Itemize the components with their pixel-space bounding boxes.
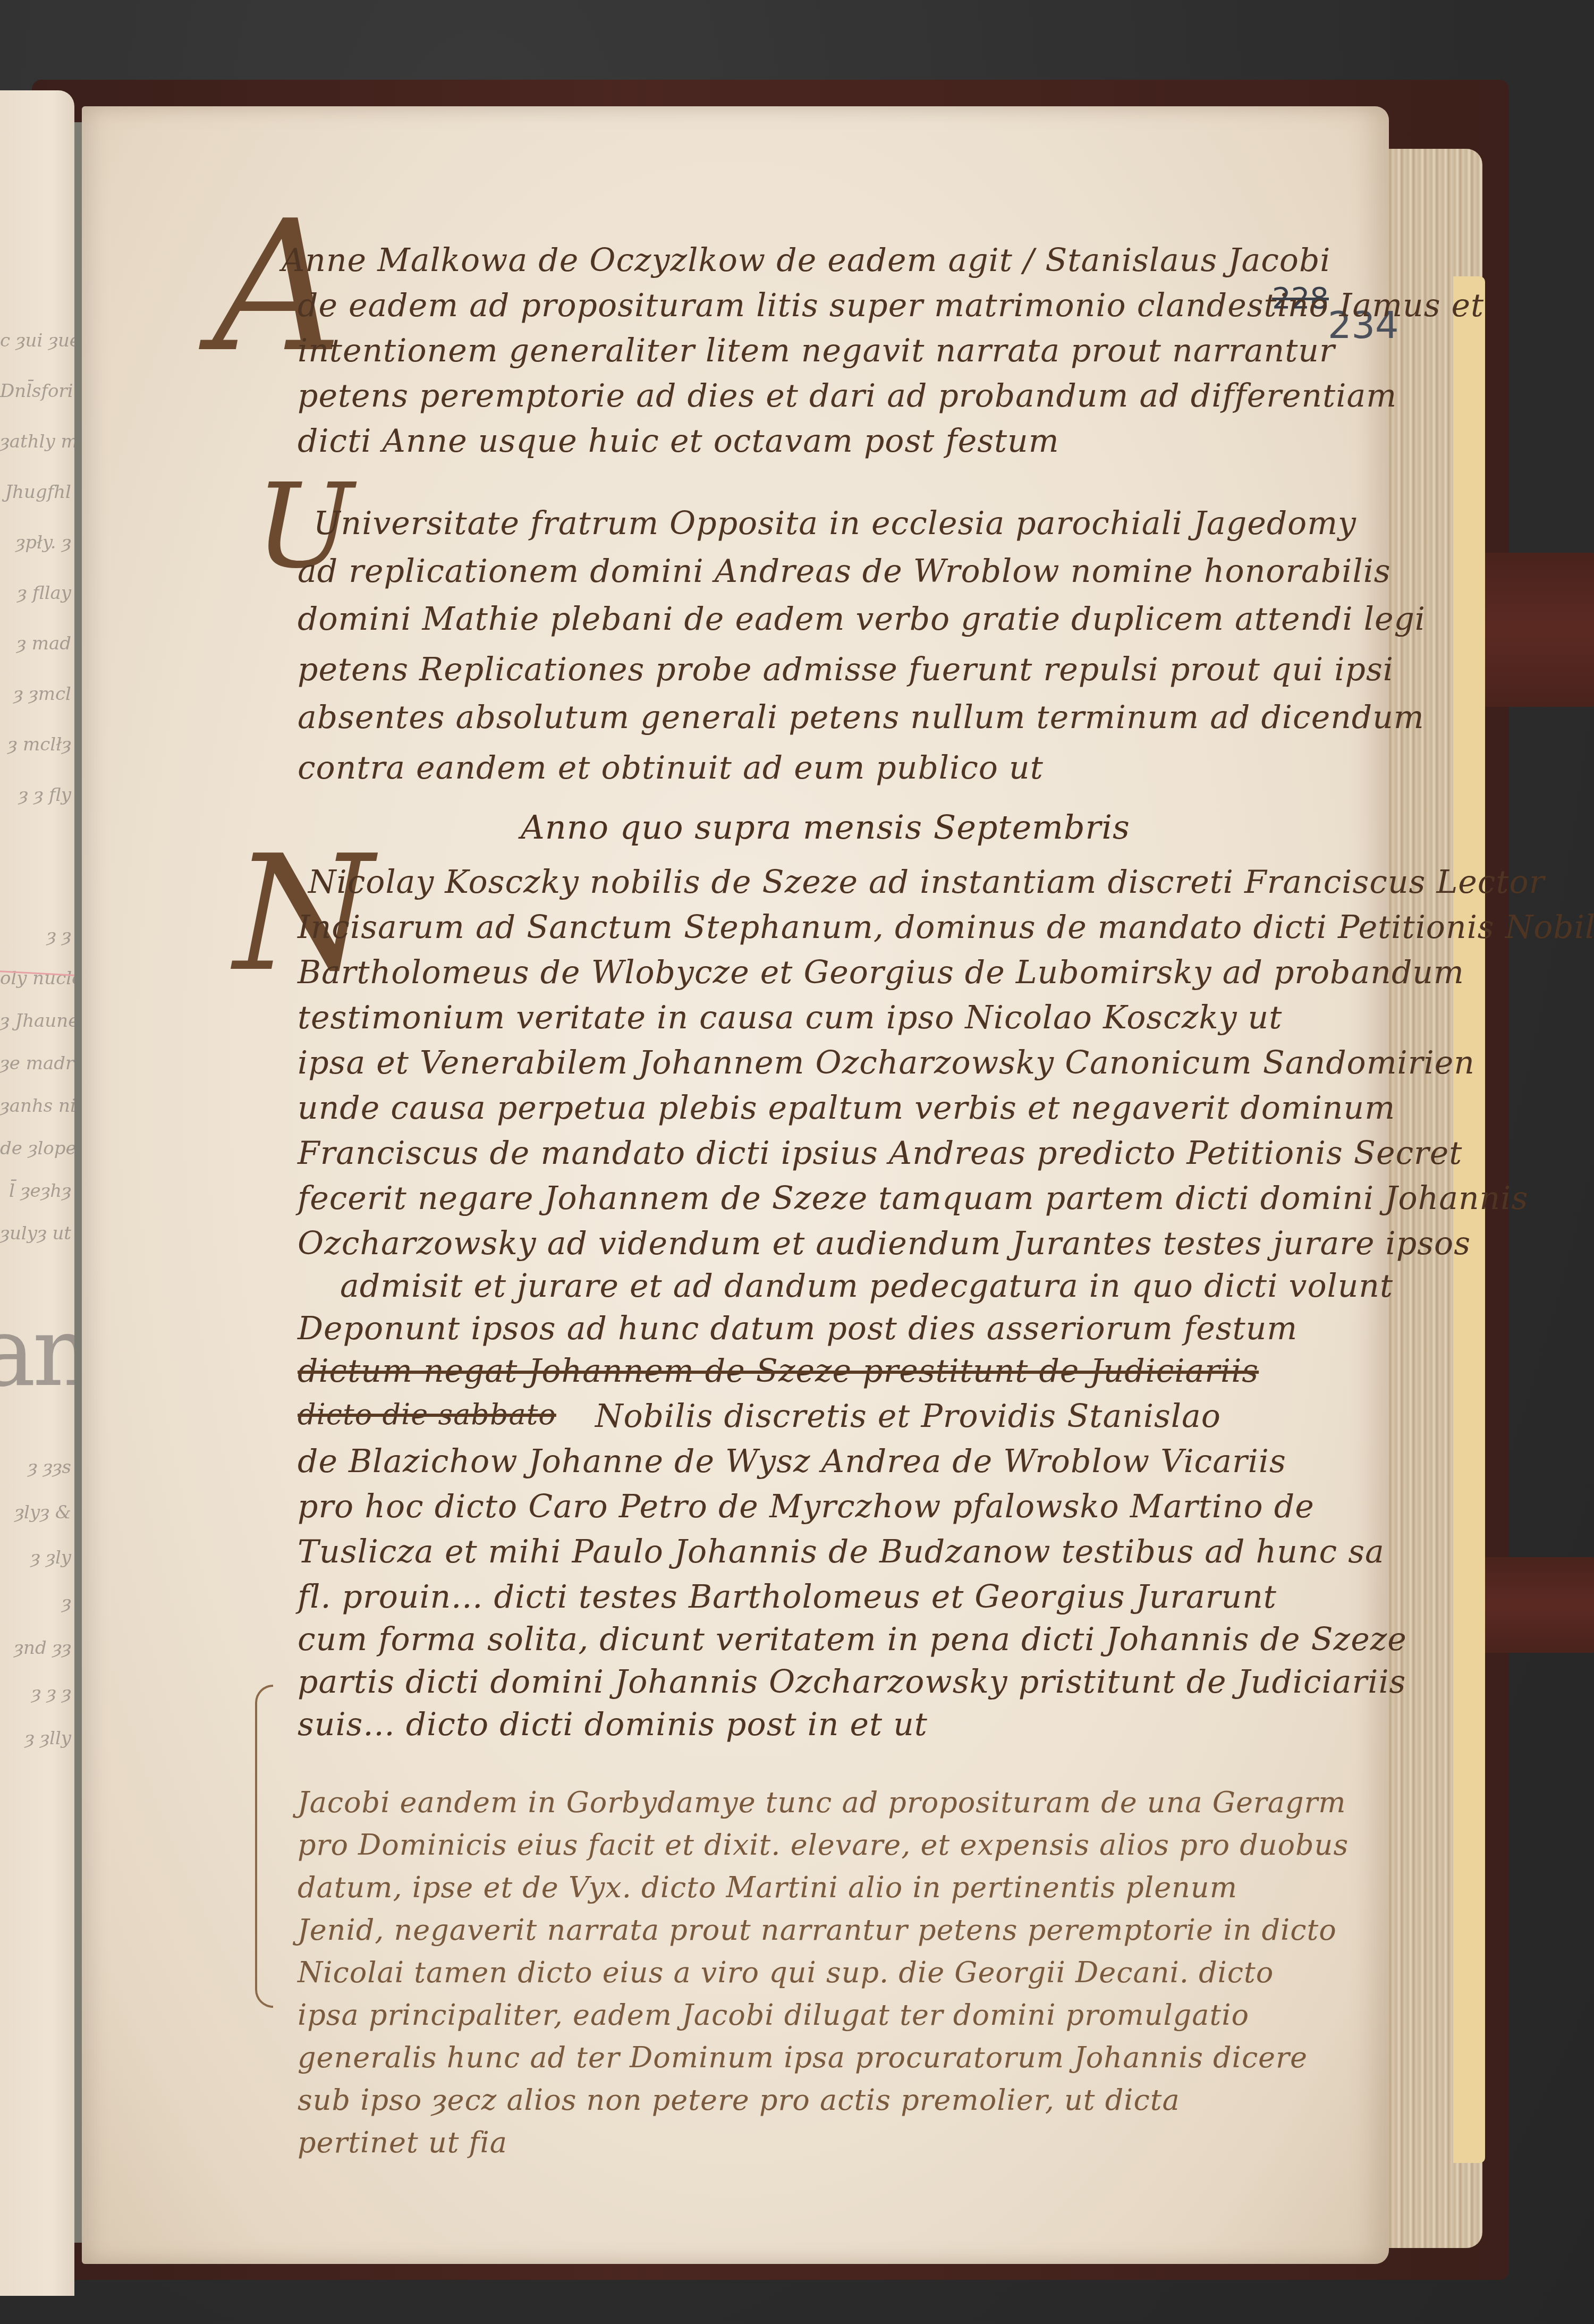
left-page-text-fragment: ȝ mad xyxy=(0,627,74,660)
left-page-text-fragment: oly nucle xyxy=(0,962,74,995)
text-line: generalis hunc ad ter Dominum ipsa procu… xyxy=(298,2041,1308,2074)
text-line: ad replicationem domini Andreas de Wrobl… xyxy=(298,553,1391,590)
text-line: Nicolay Kosczky nobilis de Szeze ad inst… xyxy=(308,864,1545,901)
text-line: Bartholomeus de Wlobycze et Georgius de … xyxy=(298,954,1464,991)
text-line: intentionem generaliter litem negavit na… xyxy=(298,332,1335,369)
left-page-text-fragment: ȝanhs nitro xyxy=(0,1089,74,1122)
text-line: Anne Malkowa de Oczyzlkow de eadem agit … xyxy=(282,242,1331,279)
margin-bracket xyxy=(255,1685,273,2008)
left-page-large-word: amb xyxy=(0,1297,74,1408)
text-line: Deponunt ipsos ad hunc datum post dies a… xyxy=(298,1310,1298,1347)
text-line: domini Mathie plebani de eadem verbo gra… xyxy=(298,601,1426,638)
text-line: ipsa et Venerabilem Johannem Ozcharzowsk… xyxy=(298,1044,1475,1081)
left-page-text-fragment: ȝ fllay xyxy=(0,577,74,610)
left-page-text-fragment: ȝ mclłȝ xyxy=(0,728,74,761)
text-line: Universitate fratrum Opposita in ecclesi… xyxy=(313,505,1356,542)
left-page-text-fragment: ȝ xyxy=(0,1586,74,1619)
text-line: fl. prouin... dicti testes Bartholomeus … xyxy=(298,1578,1277,1616)
text-line: Franciscus de mandato dicti ipsius Andre… xyxy=(298,1135,1462,1172)
text-line: petens peremptorie ad dies et dari ad pr… xyxy=(298,377,1397,415)
text-line: de eadem ad proposituram litis super mat… xyxy=(298,287,1484,324)
left-page-text-fragment: ȝulyȝ ut xyxy=(0,1217,74,1250)
left-page-text-fragment: ȝathly mclł xyxy=(0,425,74,458)
left-page-text-fragment: ȝe madr xyxy=(0,1047,74,1080)
left-page-text-fragment: ȝ ȝmcl xyxy=(0,678,74,711)
paper-insert xyxy=(1453,276,1485,2163)
left-page-text-fragment: ȝpły. ȝ xyxy=(0,526,74,559)
text-line: Tuslicza et mihi Paulo Johannis de Budza… xyxy=(298,1533,1385,1570)
text-line: pertinet ut fia xyxy=(298,2126,507,2159)
left-page-text-fragment: ȝ Jhaunel xyxy=(0,1004,74,1037)
text-line: Nobilis discretis et Providis Stanislao xyxy=(595,1398,1221,1435)
text-line: Incisarum ad Sanctum Stephanum, dominus … xyxy=(298,909,1594,946)
text-line: unde causa perpetua plebis epaltum verbi… xyxy=(298,1089,1395,1127)
text-line: admisit et jurare et ad dandum pedecgatu… xyxy=(340,1267,1393,1305)
text-line: pro hoc dicto Caro Petro de Myrczhow pfa… xyxy=(298,1488,1315,1525)
left-page-text-fragment: c ȝui ȝue xyxy=(0,324,74,357)
text-line: pro Dominicis eius facit et dixit. eleva… xyxy=(298,1828,1349,1862)
left-page-text-fragment: de ȝlopeȝ xyxy=(0,1132,74,1165)
leather-strap xyxy=(1482,553,1594,707)
text-line: partis dicti domini Johannis Ozcharzowsk… xyxy=(298,1663,1406,1701)
left-page-text-fragment: Jhugfhl xyxy=(0,476,74,509)
text-line: fecerit negare Johannem de Szeze tamquam… xyxy=(298,1180,1528,1217)
section-heading: Anno quo supra mensis Septembris xyxy=(521,808,1130,847)
text-line: de Blazichow Johanne de Wysz Andrea de W… xyxy=(298,1443,1286,1480)
text-line: petens Replicationes probe admisse fueru… xyxy=(298,651,1394,688)
left-page-text-fragment: ȝ ȝȝs xyxy=(0,1451,74,1484)
text-line: sub ipso ȝecz alios non petere pro actis… xyxy=(298,2083,1180,2117)
text-line: testimonium veritate in causa cum ipso N… xyxy=(298,999,1282,1036)
left-page-text-fragment: ȝ ȝlly xyxy=(0,1722,74,1755)
text-line: Jacobi eandem in Gorbydamye tunc ad prop… xyxy=(298,1786,1346,1819)
left-page-text-fragment: Dnl̄sfori xyxy=(0,375,74,408)
text-line: Nicolai tamen dicto eius a viro qui sup.… xyxy=(298,1956,1274,1989)
left-page-text-fragment: ȝ ȝ ȝ xyxy=(0,1677,74,1710)
text-line: suis... dicto dicti dominis post in et u… xyxy=(298,1706,928,1743)
text-line: contra eandem et obtinuit ad eum publico… xyxy=(298,749,1044,787)
struck-line: dicto die sabbato xyxy=(298,1398,556,1431)
left-page-text-fragment: l̄ ȝeȝhȝ xyxy=(0,1174,74,1207)
text-line: ipsa principaliter, eadem Jacobi dilugat… xyxy=(298,1998,1249,2032)
left-page-edge: c ȝui ȝueDnl̄sforiȝathly mclłJhugfhlȝpły… xyxy=(0,90,74,2296)
text-line: Ozcharzowsky ad videndum et audiendum Ju… xyxy=(298,1225,1471,1262)
leather-strap xyxy=(1482,1557,1594,1653)
left-page-text-fragment: ȝ ȝly xyxy=(0,1541,74,1574)
text-line: cum forma solita, dicunt veritatem in pe… xyxy=(298,1621,1407,1658)
left-page-text-fragment: ȝ ȝ fly xyxy=(0,779,74,812)
left-page-text-fragment: ȝnd ȝȝ xyxy=(0,1632,74,1664)
text-line: Jenid, negaverit narrata prout narrantur… xyxy=(298,1913,1337,1947)
left-page-text-fragment: ȝ ȝ xyxy=(0,919,74,952)
left-page-text-fragment: ȝlyȝ & xyxy=(0,1496,74,1529)
text-line: datum, ipse et de Vyx. dicto Martini ali… xyxy=(298,1871,1237,1904)
text-line: absentes absolutum generali petens nullu… xyxy=(298,699,1425,736)
struck-line: dictum negat Johannem de Szeze prestitun… xyxy=(298,1353,1259,1390)
text-line: dicti Anne usque huic et octavam post fe… xyxy=(298,422,1059,460)
book-gutter xyxy=(74,122,82,2243)
